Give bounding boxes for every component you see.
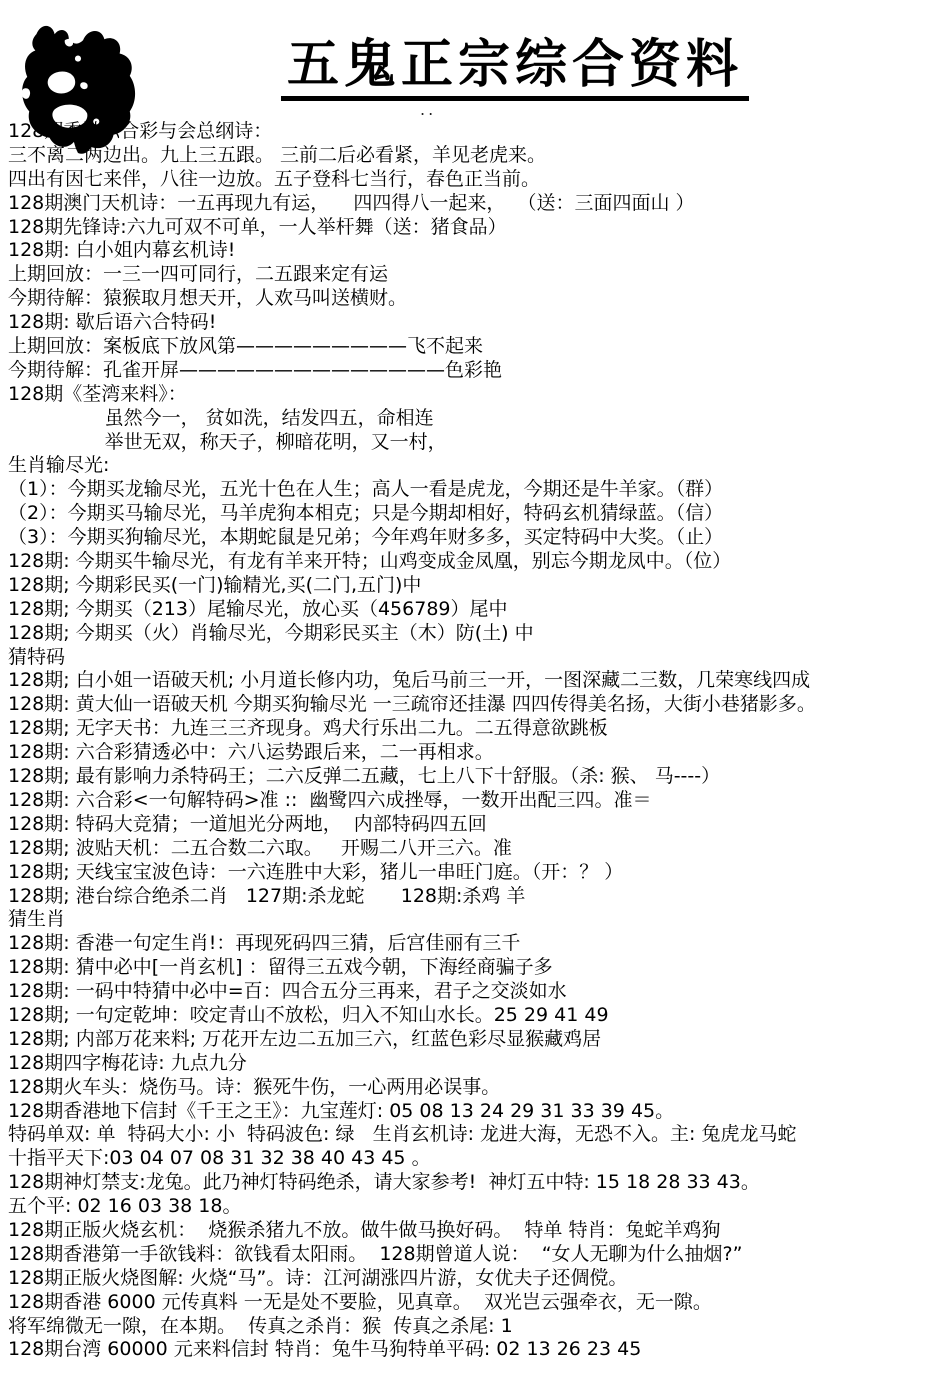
text-line: 三不离二两边出。九上三五跟。 三前二后必看紧，羊见老虎来。 (8, 144, 928, 168)
text-line: 虽然今一， 贫如洗，结发四五，命相连 (8, 407, 928, 431)
text-line: 128期; 最有影响力杀特码王；二六反弹二五藏，七上八下十舒服。（杀: 猴、 马… (8, 765, 928, 789)
text-line: 猜特码 (8, 646, 928, 670)
text-line: 今期待解：猿猴取月想天开，人欢马叫送横财。 (8, 287, 928, 311)
text-line: 128期《荃湾来料》： (8, 383, 928, 407)
text-line: 128期四字梅花诗: 九点九分 (8, 1052, 928, 1076)
text-line: 128期; 一句定乾坤：咬定青山不放松，归入不知山水长。25 29 41 49 (8, 1004, 928, 1028)
text-line: （2）：今期买马输尽光，马羊虎狗本相克；只是今期却相好，特码玄机猜绿蓝。（信） (8, 502, 928, 526)
text-line: 128期正版火烧玄机： 烧猴杀猪九不放。做牛做马换好码。 特单 特肖：兔蛇羊鸡狗 (8, 1219, 928, 1243)
text-line: 128期: 歇后语六合特码! (8, 311, 928, 335)
text-line: 128期: 特码大竞猜；一道旭光分两地， 内部特码四五回 (8, 813, 928, 837)
text-line: 128期: 白小姐内幕玄机诗! (8, 239, 928, 263)
text-line: 今期待解：孔雀开屏——————————————色彩艳 (8, 359, 928, 383)
text-line: 十指平天下:03 04 07 08 31 32 38 40 43 45 。 (8, 1147, 928, 1171)
text-line: 128期; 今期买（火）肖输尽光，今期彩民买主（木）防(土) 中 (8, 622, 928, 646)
text-line: （1）：今期买龙输尽光，五光十色在人生；高人一看是虎龙，今期还是牛羊家。（群） (8, 478, 928, 502)
text-line: 举世无双，称天子，柳暗花明，又一村， (8, 431, 928, 455)
text-line: 生肖输尽光: (8, 454, 928, 478)
text-line: 128期香港六合彩与会总纲诗： (8, 120, 928, 144)
text-line: 五个平: 02 16 03 38 18。 (8, 1195, 928, 1219)
text-line: 将军绵微无一隙，在本期。 传真之杀肖：猴 传真之杀尾: 1 (8, 1315, 928, 1339)
text-line: 128期: 香港一句定生肖!：再现死码四三猜，后宫佳丽有三千 (8, 932, 928, 956)
document-lines: 128期香港六合彩与会总纲诗：三不离二两边出。九上三五跟。 三前二后必看紧，羊见… (8, 120, 928, 1362)
text-line: 128期: 六合彩<一句解特码>准 :: 幽鹭四六成挫辱，一数开出配三四。准＝ (8, 789, 928, 813)
text-line: 128期先锋诗:六九可双不可单，一人举杆舞（送：猪食品） (8, 216, 928, 240)
text-line: 上期回放：一三一四可同行，二五跟来定有运 (8, 263, 928, 287)
text-line: 128期香港 6000 元传真料 一无是处不要脸，见真章。 双光岂云强牵衣，无一… (8, 1291, 928, 1315)
text-line: 128期: 今期买牛输尽光，有龙有羊来开特；山鸡变成金凤凰，别忘今期龙凤中。（位… (8, 550, 928, 574)
text-line: 128期; 今期彩民买(一门)输精光,买(二门,五门)中 (8, 574, 928, 598)
text-line: 128期: 猜中必中[一肖玄机] ：留得三五戏今朝，下海经商骗子多 (8, 956, 928, 980)
text-line: 上期回放：案板底下放风第—————————飞不起来 (8, 335, 928, 359)
text-line: 128期; 天线宝宝波色诗：一六连胜中大彩，猪儿一串旺门庭。（开：？ ） (8, 861, 928, 885)
lottery-info-sheet: 五鬼正宗综合资料 .. 128期香港六合彩与会总纲诗：三不离二两边出。九上三五跟… (0, 0, 932, 1388)
text-line: 128期; 内部万花来料; 万花开左边二五加三六，红蓝色彩尽显猴藏鸡居 (8, 1028, 928, 1052)
text-line: 特码单双: 单 特码大小: 小 特码波色: 绿 生肖玄机诗: 龙进大海，无恐不入… (8, 1123, 928, 1147)
text-line: 128期神灯禁支:龙兔。此乃神灯特码绝杀，请大家参考! 神灯五中特: 15 18… (8, 1171, 928, 1195)
text-line: 128期; 白小姐一语破天机; 小月道长修内功，兔后马前三一开，一图深藏二三数，… (8, 669, 928, 693)
text-line: 128期台湾 60000 元来料信封 特肖：兔牛马狗特单平码: 02 13 26… (8, 1338, 928, 1362)
text-line: 128期香港地下信封《千王之王》：九宝莲灯: 05 08 13 24 29 31… (8, 1100, 928, 1124)
text-line: 128期; 港台综合绝杀二肖 127期:杀龙蛇 128期:杀鸡 羊 (8, 885, 928, 909)
text-line: 128期: 一码中特猜中必中=百：四合五分三再来，君子之交淡如水 (8, 980, 928, 1004)
text-line: 128期: 黄大仙一语破天机 今期买狗输尽光 一三疏帘还挂瀑 四四传得美名扬，大… (8, 693, 928, 717)
text-line: 128期香港第一手欲钱料：欲钱看太阳雨。 128期曾道人说： “女人无聊为什么抽… (8, 1243, 928, 1267)
text-line: 128期; 今期买（213）尾输尽光，放心买（456789）尾中 (8, 598, 928, 622)
text-line: 128期火车头：烧伤马。诗：猴死牛伤，一心两用必误事。 (8, 1076, 928, 1100)
ellipsis-mark: .. (420, 100, 436, 119)
text-line: 128期澳门天机诗：一五再现九有运， 四四得八一起来， （送：三面四面山 ） (8, 192, 928, 216)
text-line: 128期; 无字天书：九连三三齐现身。鸡犬行乐出二九。二五得意欲跳板 (8, 717, 928, 741)
text-line: 四出有因七来伴，八往一边放。五子登科七当行，春色正当前。 (8, 168, 928, 192)
text-line: （3）：今期买狗输尽光，本期蛇鼠是兄弟；今年鸡年财多多，买定特码中大奖。（止） (8, 526, 928, 550)
text-line: 猜生肖 (8, 908, 928, 932)
text-line: 128期; 波贴天机：二五合数二六取。 开赐二八开三六。准 (8, 837, 928, 861)
text-line: 128期: 六合彩猜透必中：六八运势跟后来，二一再相求。 (8, 741, 928, 765)
text-line: 128期正版火烧图解: 火烧“马”。诗：江河湖涨四片游，女优夫子还倜傥。 (8, 1267, 928, 1291)
page-title: 五鬼正宗综合资料 (281, 36, 749, 101)
